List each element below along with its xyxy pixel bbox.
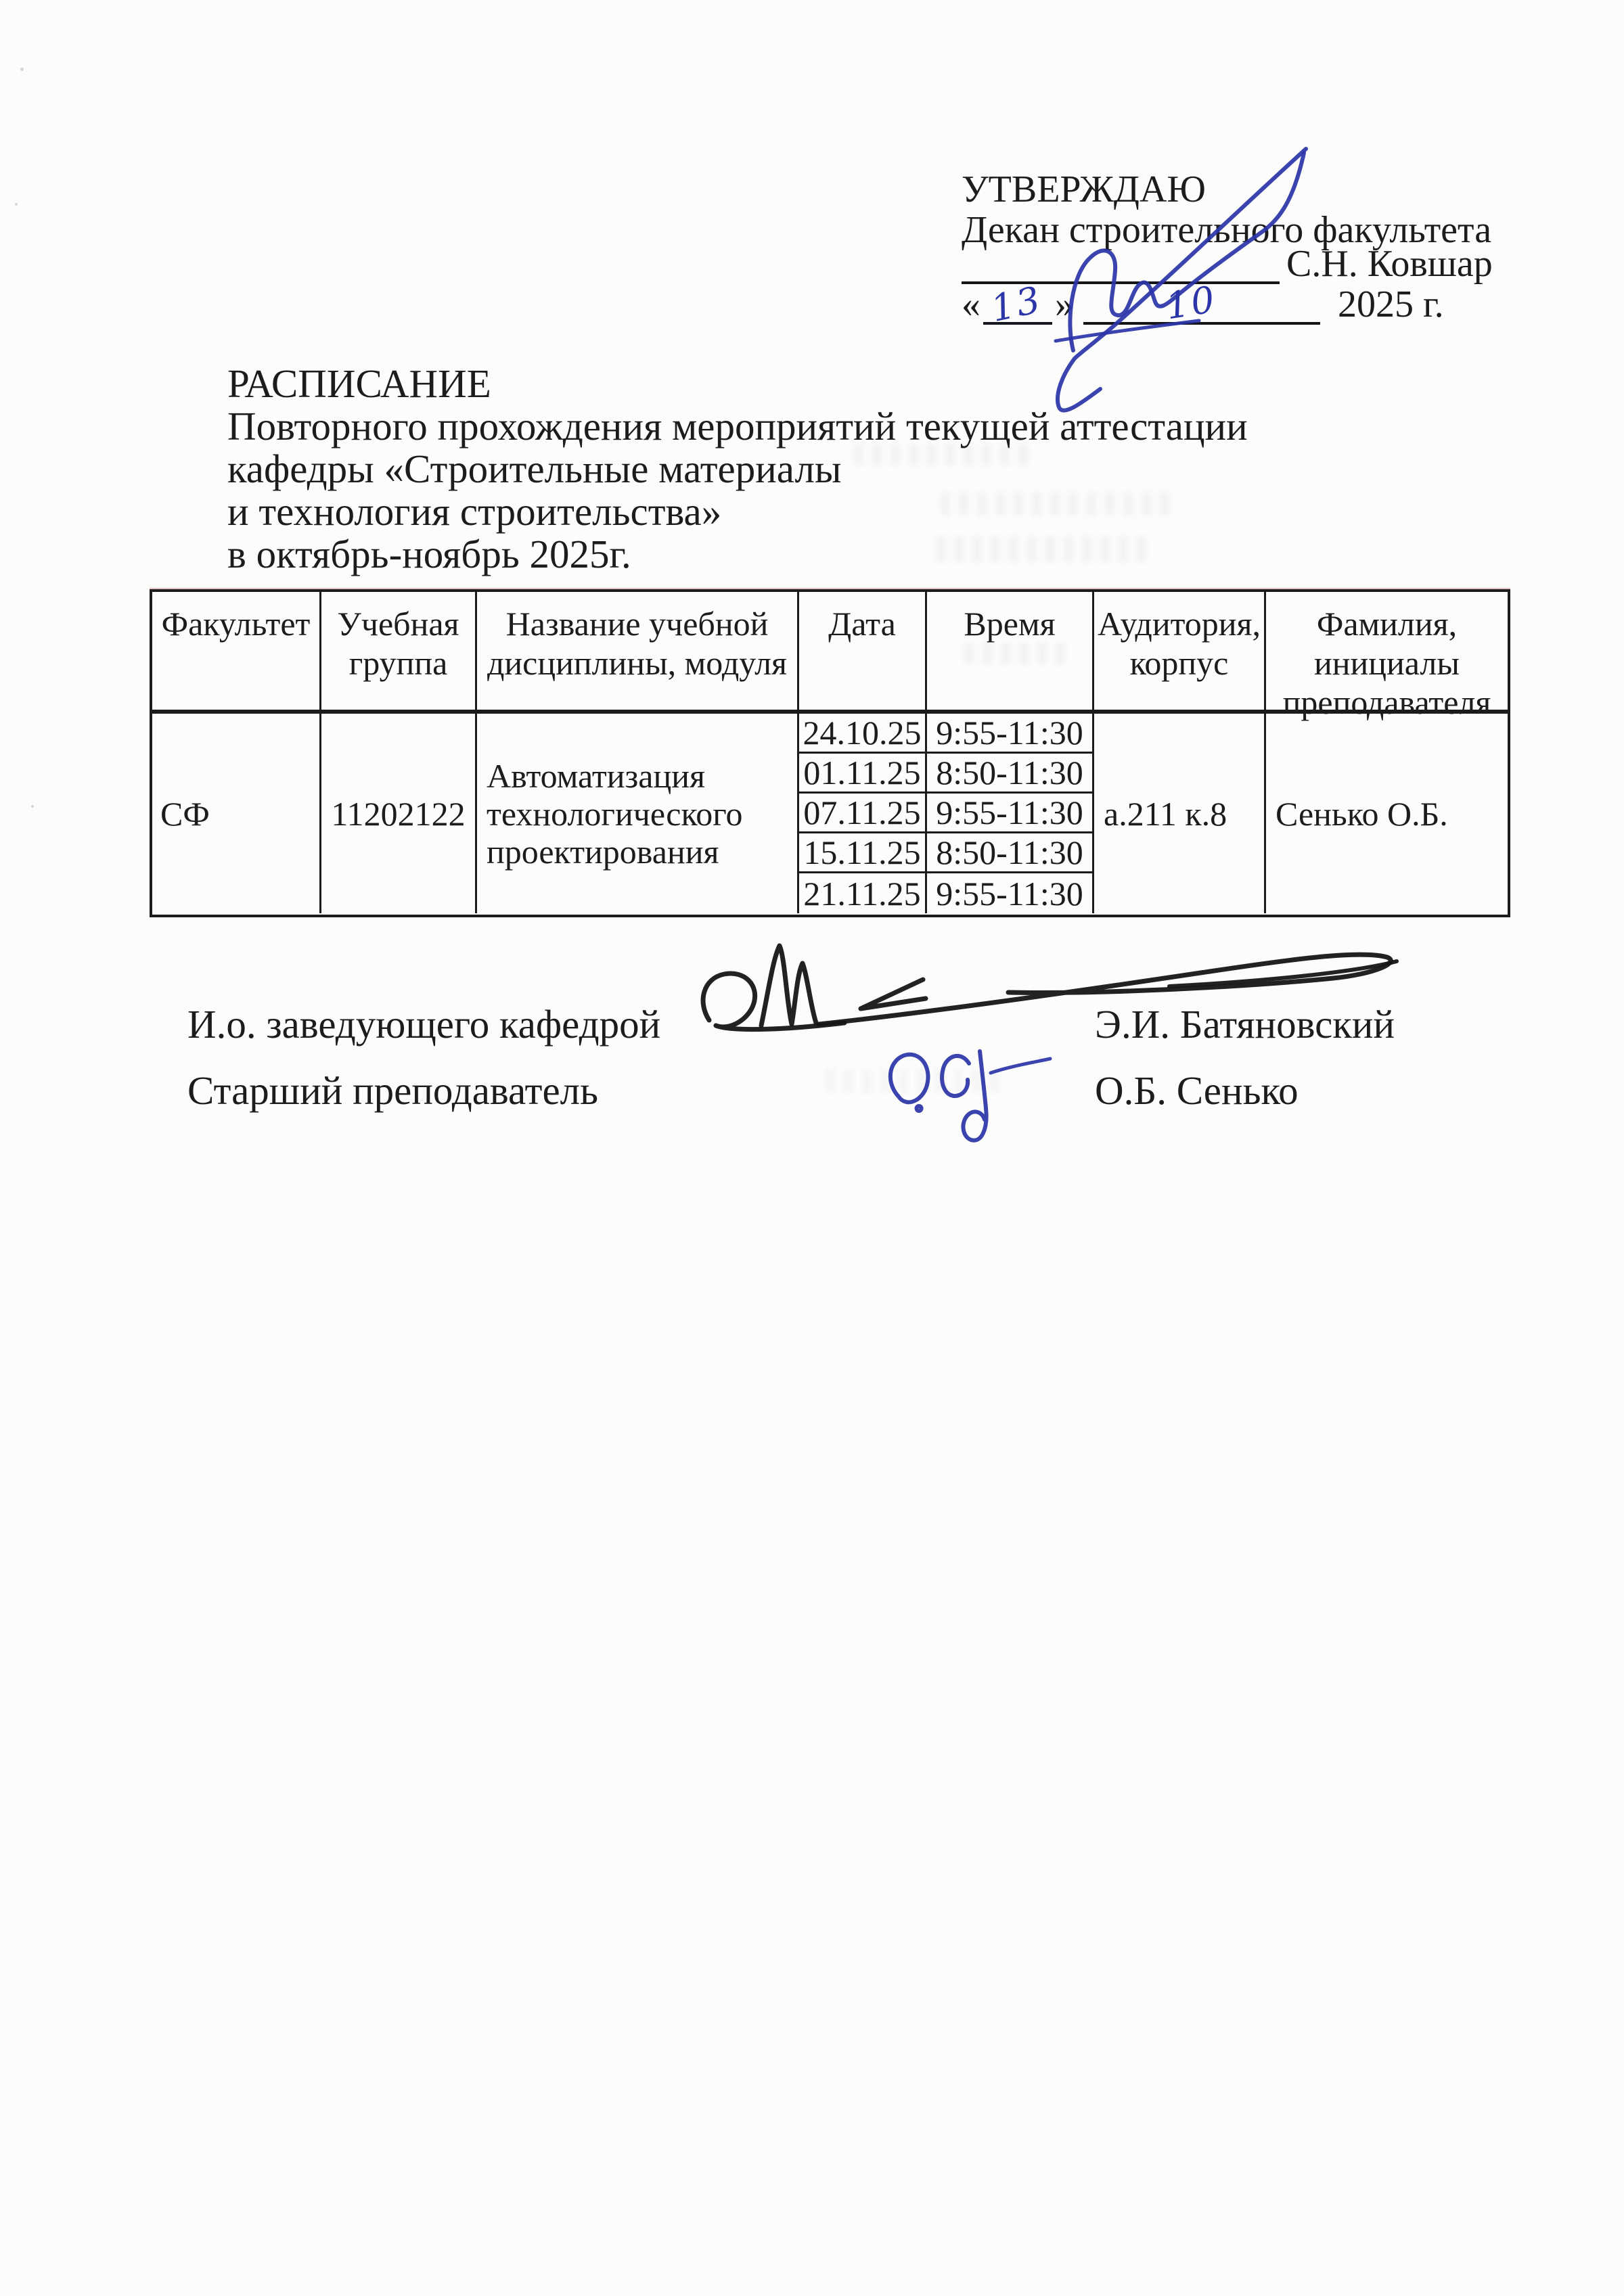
signer-position-1: И.о. заведующего кафедрой bbox=[187, 1001, 660, 1048]
signer-position-2: Старший преподаватель bbox=[187, 1067, 598, 1114]
cell-date-3: 07.11.25 bbox=[799, 794, 927, 833]
scan-speck bbox=[15, 203, 18, 206]
cell-room: а.211 к.8 bbox=[1094, 714, 1266, 913]
scan-speck bbox=[31, 805, 34, 808]
title-line-1: РАСПИСАНИЕ bbox=[227, 363, 1248, 405]
header-teacher: Фамилия, инициалы преподавателя bbox=[1266, 592, 1508, 714]
cell-group: 11202122 bbox=[321, 714, 477, 913]
header-faculty: Факультет bbox=[152, 592, 321, 714]
title-line-2: Повторного прохождения мероприятий текущ… bbox=[227, 405, 1248, 448]
dean-name: С.Н. Ковшар bbox=[1286, 244, 1493, 284]
cell-faculty: СФ bbox=[152, 714, 321, 913]
signer-name-2: О.Б. Сенько bbox=[1095, 1067, 1299, 1114]
bleedthrough-smudge bbox=[936, 536, 1152, 562]
approval-heading: УТВЕРЖДАЮ bbox=[962, 169, 1510, 210]
cell-teacher: Сенько О.Б. bbox=[1266, 714, 1508, 913]
dean-signature-row: С.Н. Ковшар bbox=[962, 250, 1510, 284]
cell-time-5: 9:55-11:30 bbox=[927, 873, 1094, 913]
scan-speck bbox=[20, 68, 24, 71]
bleedthrough-smudge bbox=[964, 643, 1073, 664]
approval-block: УТВЕРЖДАЮ Декан строительного факультета… bbox=[962, 169, 1510, 325]
cell-date-5: 21.11.25 bbox=[799, 873, 927, 913]
header-date: Дата bbox=[799, 592, 927, 714]
header-discipline: Название учебной дисциплины, модуля bbox=[477, 592, 799, 714]
quote-open: « bbox=[962, 284, 980, 325]
cell-time-1: 9:55-11:30 bbox=[927, 714, 1094, 754]
date-month-underline: 10 bbox=[1083, 290, 1320, 325]
title-line-3: кафедры «Строительные материалы bbox=[227, 448, 1248, 490]
signature-underline bbox=[962, 252, 1280, 284]
cell-time-3: 9:55-11:30 bbox=[927, 794, 1094, 833]
signer-name-1: Э.И. Батяновский bbox=[1095, 1001, 1395, 1048]
bleedthrough-smudge bbox=[854, 444, 1037, 465]
header-group: Учебная группа bbox=[321, 592, 477, 714]
cell-time-2: 8:50-11:30 bbox=[927, 754, 1094, 794]
cell-date-1: 24.10.25 bbox=[799, 714, 927, 754]
approval-date-row: « 13 » 10 2025 г. bbox=[962, 287, 1510, 325]
teacher-signature-ink bbox=[867, 1032, 1070, 1157]
handwritten-month: 10 bbox=[1163, 279, 1219, 327]
schedule-table: Факультет Учебная группа Название учебно… bbox=[150, 589, 1510, 917]
quote-close: » bbox=[1055, 284, 1074, 325]
cell-discipline: Автоматизация технологического проектиро… bbox=[477, 714, 799, 913]
bleedthrough-smudge bbox=[941, 492, 1171, 515]
cell-date-2: 01.11.25 bbox=[799, 754, 927, 794]
cell-date-4: 15.11.25 bbox=[799, 833, 927, 873]
cell-time-4: 8:50-11:30 bbox=[927, 833, 1094, 873]
handwritten-day: 13 bbox=[988, 279, 1046, 329]
header-room: Аудитория, корпус bbox=[1094, 592, 1266, 714]
scanned-schedule-document: УТВЕРЖДАЮ Декан строительного факультета… bbox=[0, 0, 1624, 2296]
date-day-slot: 13 bbox=[983, 290, 1052, 325]
approval-year: 2025 г. bbox=[1338, 284, 1444, 325]
bleedthrough-smudge bbox=[826, 1069, 1001, 1093]
